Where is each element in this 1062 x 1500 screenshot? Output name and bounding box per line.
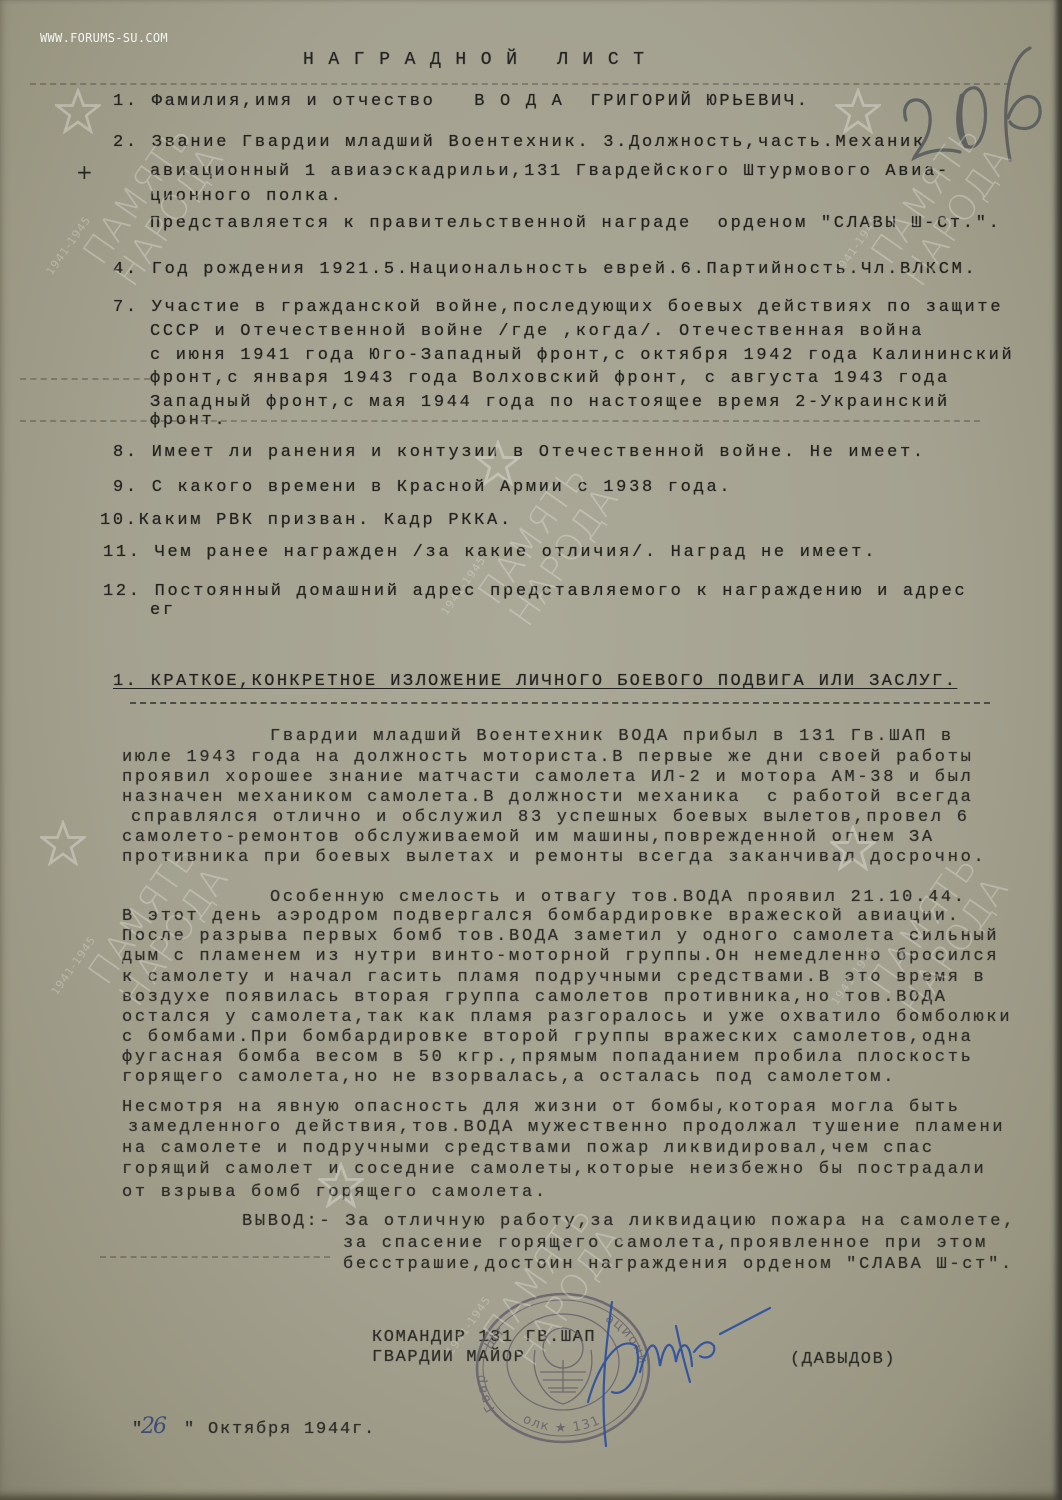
field-full-name: 1. Фамилия,имя и отчество В О Д А ГРИГОР… xyxy=(113,92,810,112)
date-month-year: " Октября 1944г. xyxy=(172,1420,376,1440)
star-watermark-icon xyxy=(835,88,881,134)
field-war-participation-cont: СССР и Отечественной войне /где ,когда/.… xyxy=(150,322,924,342)
feat-paragraph-2-line: от взрыва бомб горящего самолета. xyxy=(122,1183,548,1203)
field-home-address-cont: ег xyxy=(150,601,176,621)
field-army-since: 9. С какого времени в Красной Армии с 19… xyxy=(113,478,732,498)
feat-paragraph-2-line: остался у самолета,так как пламя разгора… xyxy=(122,1008,1012,1028)
field-previous-awards: 11. Чем ранее награжден /за какие отличи… xyxy=(103,543,877,563)
watermark-years: 1941-1945 xyxy=(48,934,98,998)
field-home-address: 12. Постоянный домашний адрес представля… xyxy=(103,582,967,602)
svg-text:олк ★ 131: олк ★ 131 xyxy=(520,1412,603,1436)
heading-dashed-underline xyxy=(130,702,990,704)
conclusion-line: бесстрашие,достоин награждения орденом "… xyxy=(343,1255,1014,1275)
field-war-participation-cont: Западный фронт,с мая 1944 года по настоя… xyxy=(150,393,950,413)
ruling-line xyxy=(20,378,150,380)
feat-paragraph-2-line: В этот день аэродром подвергался бомбард… xyxy=(122,907,961,927)
feat-paragraph-2-line: на самолете и подручными средствами пожа… xyxy=(122,1139,935,1159)
svg-text:Гвар: Гвар xyxy=(474,1373,499,1414)
site-watermark-text: WWW.FORUMS-SU.COM xyxy=(40,31,168,45)
stamp-text-fragment: ациони xyxy=(603,1311,651,1367)
feat-paragraph-2-line: замедленного действия,тов.ВОДА мужествен… xyxy=(128,1118,1005,1138)
handwritten-date-day: 26 xyxy=(141,1414,165,1439)
field-wounds: 8. Имеет ли ранения и контузии в Отечест… xyxy=(113,443,926,463)
feat-paragraph-2-line: к самолету и начал гасить пламя подручны… xyxy=(122,968,986,988)
pamyat-naroda-watermark: 1941-1945ПАМЯТЬНАРОДА xyxy=(848,94,1048,326)
watermark-years: 1941-1945 xyxy=(43,214,93,278)
pamyat-naroda-watermark: 1941-1945ПАМЯТЬНАРОДА xyxy=(60,94,260,326)
field-rank-position: 2. Звание Гвардии младший Воентехник. 3.… xyxy=(113,133,926,153)
document-title: НАГРАДНОЙ ЛИСТ xyxy=(303,49,659,71)
field-war-participation: 7. Участие в гражданской войне,последующ… xyxy=(113,298,1003,318)
feat-paragraph-2-line: После разрыва первых бомб тов.ВОДА замет… xyxy=(122,927,999,947)
signatory-rank: ГВАРДИИ МАЙОР xyxy=(372,1348,525,1368)
stamp-text-fragment: Гвар xyxy=(474,1373,499,1414)
conclusion-line: ВЫВОД:- За отличную работу,за ликвидацию… xyxy=(242,1212,1016,1232)
feat-section-heading: 1. КРАТКОЕ,КОНКРЕТНОЕ ИЗЛОЖЕНИЕ ЛИЧНОГО … xyxy=(113,672,957,692)
ruling-line xyxy=(30,83,1010,85)
field-rank-position-cont: ционного полка. xyxy=(150,187,344,207)
feat-paragraph-2-line: Особенную смелость и отвагу тов.ВОДА про… xyxy=(270,888,967,908)
feat-paragraph-1-line: проявил хорошее знание матчасти самолета… xyxy=(122,768,974,788)
stamp-text-fragment: олк ★ 131 xyxy=(520,1412,603,1436)
feat-paragraph-1-line: июле 1943 года на должность моториста.В … xyxy=(122,748,974,768)
field-war-participation-cont: фронт,с января 1943 года Волховский фрон… xyxy=(150,369,950,389)
conclusion-line: за спасение горящего самолета,проявленно… xyxy=(343,1234,988,1254)
field-war-participation-cont: с июня 1941 года Юго-Западный фронт,с ок… xyxy=(150,346,1014,366)
pamyat-naroda-watermark: 1941-1945ПАМЯТЬНАРОДА xyxy=(460,1174,660,1406)
feat-paragraph-1-line: Гвардии младший Воентехник ВОДА прибыл в… xyxy=(270,727,954,747)
field-rank-position-cont: авиационный 1 авиаэскадрильи,131 Гвардей… xyxy=(150,162,950,182)
feat-paragraph-1-line: самолето-ремонтов обслуживаемой им машин… xyxy=(122,828,935,848)
margin-cross-mark: + xyxy=(76,160,93,184)
star-watermark-icon xyxy=(40,820,86,866)
commander-signature xyxy=(588,1302,770,1446)
feat-paragraph-2-line: горящий самолет и соседние самолеты,кото… xyxy=(122,1160,986,1180)
field-birth-nationality-party: 4. Год рождения 1921.5.Национальность ев… xyxy=(113,260,977,280)
ruling-line xyxy=(100,1256,330,1258)
feat-paragraph-2-line: воздухе появилась вторая группа самолето… xyxy=(122,988,948,1008)
svg-text:ациони: ациони xyxy=(603,1311,651,1367)
feat-paragraph-2-line: горящего самолета,но не взорвалась,а ост… xyxy=(122,1068,896,1088)
feat-paragraph-2-line: дым с пламенем из нутри винто-моторной г… xyxy=(122,947,999,967)
award-nomination-line: Представляется к правительственной награ… xyxy=(150,214,1002,234)
field-war-participation-cont: фронт. xyxy=(150,411,227,431)
field-conscription-office: 10.Каким РВК призван. Кадр РККА. xyxy=(100,511,513,531)
watermark-line-1: ПАМЯТЬ xyxy=(455,434,612,636)
feat-paragraph-2-line: Несмотря на явную опасность для жизни от… xyxy=(122,1098,961,1118)
feat-paragraph-1-line: назначен механиком самолета.В должности … xyxy=(122,788,974,808)
feat-paragraph-2-line: фугасная бомба весом в 50 кгр.,прямым по… xyxy=(122,1048,974,1068)
unit-stamp: Гвар Шт ациони олк ★ 131 xyxy=(474,1294,651,1442)
feat-paragraph-1-line: справлялся отлично и обслужил 83 успешны… xyxy=(131,808,970,828)
signatory-position: КОМАНДИР 131 ГВ.ШАП xyxy=(372,1328,596,1348)
signatory-name: (ДАВЫДОВ) xyxy=(790,1350,896,1370)
field-label: 1. Фамилия,имя и отчество xyxy=(113,92,474,111)
feat-paragraph-1-line: противника при боевых вылетах и ремонты … xyxy=(122,848,986,868)
star-watermark-icon xyxy=(55,88,101,134)
feat-paragraph-2-line: с бомбами.При бомбардировке второй групп… xyxy=(122,1028,974,1048)
field-value-name: В О Д А ГРИГОРИЙ ЮРЬЕВИЧ. xyxy=(474,92,809,111)
